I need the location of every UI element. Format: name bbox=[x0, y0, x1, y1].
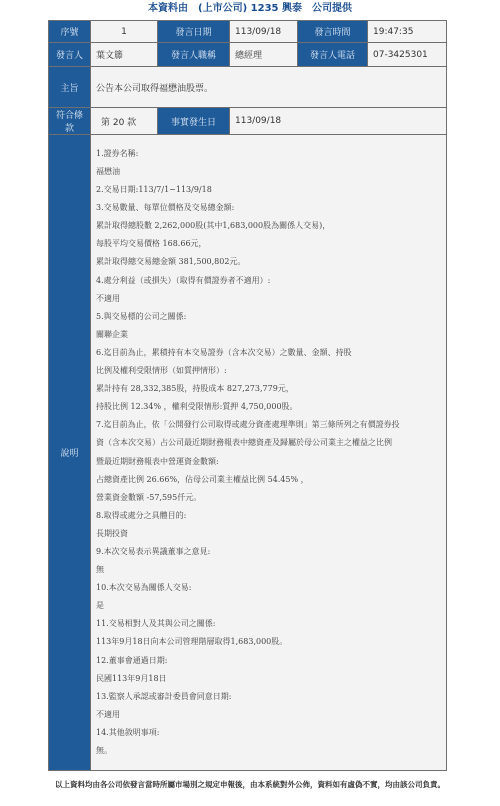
description-line: 9.本次交易表示異議董事之意見: bbox=[96, 543, 441, 561]
description-line: 無 bbox=[96, 561, 441, 579]
description-line: 持股比例 12.34% ，權利受限情形:質押 4,750,000股。 bbox=[96, 398, 441, 416]
description-line: 2.交易日期:113/7/1~113/9/18 bbox=[96, 181, 441, 199]
description-line: 6.迄目前為止，累積持有本交易證券（含本次交易）之數量、金額、持股 bbox=[96, 344, 441, 362]
description-line: 資（含本次交易）占公司最近期財務報表中總資產及歸屬於母公司業主之權益之比例 bbox=[96, 434, 441, 452]
table-row-subject: 主旨 公告本公司取得福懋油股票。 bbox=[49, 67, 447, 108]
clause-value: 第 20 款 bbox=[91, 108, 158, 135]
fact-date-label: 事實發生日 bbox=[158, 108, 230, 135]
description-line: 1.證券名稱: bbox=[96, 145, 441, 163]
description-line: 是 bbox=[96, 597, 441, 615]
table-row-seq: 序號 1 發言日期 113/09/18 發言時間 19:47:35 bbox=[49, 21, 447, 43]
seq-value: 1 bbox=[91, 21, 158, 43]
table-row-description: 說明 1.證券名稱:福懋油2.交易日期:113/7/1~113/9/183.交易… bbox=[49, 135, 447, 771]
description-line: 累計取得總交易總金額 381,500,802元。 bbox=[96, 253, 441, 271]
description-line: 10.本次交易為關係人交易: bbox=[96, 579, 441, 597]
description-line: 3.交易數量、每單位價格及交易總金額: bbox=[96, 199, 441, 217]
speaker-title-value: 總經理 bbox=[230, 43, 298, 67]
description-line: 不適用 bbox=[96, 290, 441, 308]
description-line: 占總資產比例 26.66%，佔母公司業主權益比例 54.45% ， bbox=[96, 471, 441, 489]
description-line: 8.取得或處分之具體目的: bbox=[96, 507, 441, 525]
fact-date-value: 113/09/18 bbox=[230, 108, 447, 135]
description-line: 營業資金數額 -57,595仟元。 bbox=[96, 489, 441, 507]
announcement-table: 序號 1 發言日期 113/09/18 發言時間 19:47:35 發言人 葉文… bbox=[48, 20, 447, 771]
description-line: 累計取得總股數 2,262,000股(其中1,683,000股為關係人交易)， bbox=[96, 217, 441, 235]
description-content: 1.證券名稱:福懋油2.交易日期:113/7/1~113/9/183.交易數量、… bbox=[91, 135, 447, 771]
description-line: 7.迄目前為止，依「公開發行公司取得或處分資產處理準則」第三條所列之有價證券投 bbox=[96, 416, 441, 434]
phone-value: 07-3425301 bbox=[368, 43, 447, 67]
description-line: 福懋油 bbox=[96, 163, 441, 181]
page-title: 本資料由 (上市公司) 1235 興泰 公司提供 bbox=[0, 2, 500, 16]
description-line: 14.其他敘明事項: bbox=[96, 724, 441, 742]
clause-label: 符合條款 bbox=[49, 108, 91, 135]
time-value: 19:47:35 bbox=[368, 21, 447, 43]
date-label: 發言日期 bbox=[158, 21, 230, 43]
seq-label: 序號 bbox=[49, 21, 91, 43]
date-value: 113/09/18 bbox=[230, 21, 298, 43]
description-line: 暨最近期財務報表中營運資金數額: bbox=[96, 453, 441, 471]
time-label: 發言時間 bbox=[298, 21, 368, 43]
speaker-title-label: 發言人職稱 bbox=[158, 43, 230, 67]
description-line: 11.交易相對人及其與公司之關係: bbox=[96, 615, 441, 633]
description-line: 4.處分利益（或損失）（取得有價證券者不適用）: bbox=[96, 272, 441, 290]
description-line: 113年9月18日向本公司管理階層取得1,683,000股。 bbox=[96, 633, 441, 651]
description-line: 民國113年9月18日 bbox=[96, 670, 441, 688]
description-line: 每股平均交易價格 168.66元， bbox=[96, 235, 441, 253]
speaker-value: 葉文籐 bbox=[91, 43, 158, 67]
phone-label: 發言人電話 bbox=[298, 43, 368, 67]
description-line: 13.監察人承認或審計委員會同意日期: bbox=[96, 688, 441, 706]
description-label: 說明 bbox=[49, 135, 91, 771]
description-line: 比例及權利受限情形（如質押情形）: bbox=[96, 362, 441, 380]
table-row-clause: 符合條款 第 20 款 事實發生日 113/09/18 bbox=[49, 108, 447, 135]
description-line: 不適用 bbox=[96, 706, 441, 724]
description-lines: 1.證券名稱:福懋油2.交易日期:113/7/1~113/9/183.交易數量、… bbox=[96, 145, 441, 760]
description-line: 無。 bbox=[96, 742, 441, 760]
description-line: 12.董事會通過日期: bbox=[96, 652, 441, 670]
disclaimer-footer: 以上資料均由各公司依發言當時所屬市場別之規定申報後，由本系統對外公佈，資料如有虛… bbox=[0, 779, 500, 791]
description-line: 5.與交易標的公司之關係: bbox=[96, 308, 441, 326]
description-line: 長期投資 bbox=[96, 525, 441, 543]
speaker-label: 發言人 bbox=[49, 43, 91, 67]
description-line: 關聯企業 bbox=[96, 326, 441, 344]
subject-value: 公告本公司取得福懋油股票。 bbox=[91, 67, 447, 108]
table-row-speaker: 發言人 葉文籐 發言人職稱 總經理 發言人電話 07-3425301 bbox=[49, 43, 447, 67]
subject-label: 主旨 bbox=[49, 67, 91, 108]
description-line: 累計持有 28,332,385股，持股成本 827,273,779元， bbox=[96, 380, 441, 398]
